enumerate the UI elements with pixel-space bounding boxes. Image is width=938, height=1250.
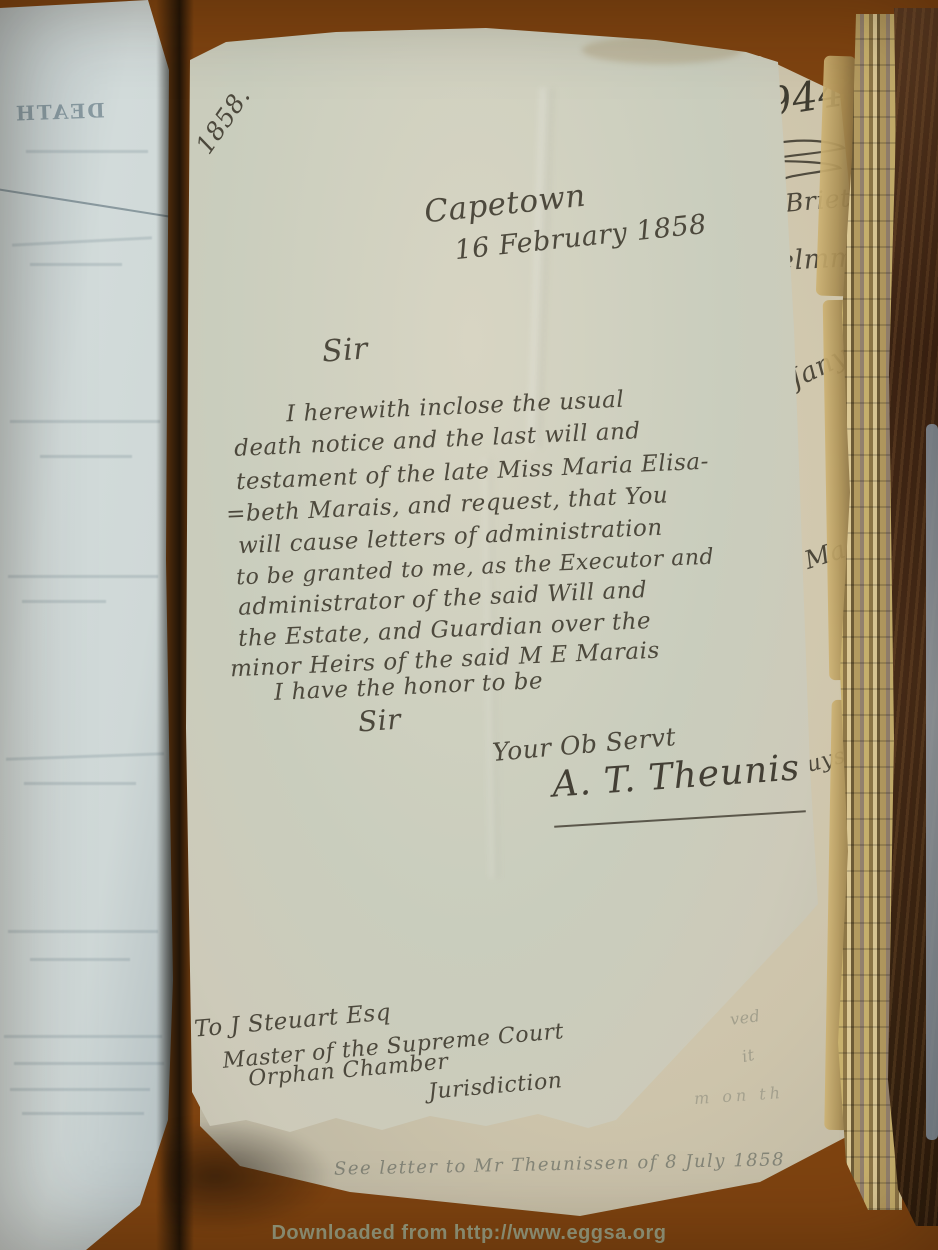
showthrough-line (40, 455, 132, 458)
showthrough-line (14, 1062, 164, 1065)
showthrough-death-heading: DEATH (14, 98, 106, 125)
closing-sir: Sir (357, 703, 402, 739)
pencil-fragment: ved (729, 1006, 762, 1029)
showthrough-line (10, 420, 160, 423)
showthrough-line (30, 958, 130, 961)
bottom-left-shadow (164, 1118, 334, 1234)
showthrough-line (24, 782, 136, 785)
showthrough-line (8, 575, 158, 578)
pencil-fragment: it (740, 1045, 756, 1066)
showthrough-line (6, 752, 164, 761)
showthrough-line (10, 1088, 150, 1091)
letter-place: Capetown (423, 178, 588, 231)
showthrough-line (22, 1112, 144, 1115)
signature-underline (554, 810, 806, 827)
showthrough-line (22, 600, 106, 603)
year-annotation: 1858. (190, 82, 256, 159)
showthrough-line (4, 1035, 162, 1038)
archival-photo-stage: DEATH 944. Briet elmm Jany 8 Ma huys ved… (0, 0, 938, 1250)
showthrough-line (12, 236, 152, 246)
eggsa-watermark: Downloaded from http://www.eggsa.org (271, 1222, 666, 1245)
board-edge-strip (926, 424, 938, 1140)
letter-page: 1858. Capetown 16 February 1858 Sir I he… (186, 28, 820, 1146)
pencil-fragment: m on th (693, 1083, 784, 1108)
showthrough-line (8, 930, 158, 933)
showthrough-line (30, 263, 122, 266)
pencil-note: See letter to Mr Theunissen of 8 July 18… (334, 1149, 785, 1179)
salutation: Sir (321, 331, 369, 369)
page-stain (582, 36, 742, 64)
showthrough-rule-diagonal (0, 188, 173, 218)
left-printed-page: DEATH (0, 0, 176, 1250)
showthrough-line (26, 150, 148, 153)
